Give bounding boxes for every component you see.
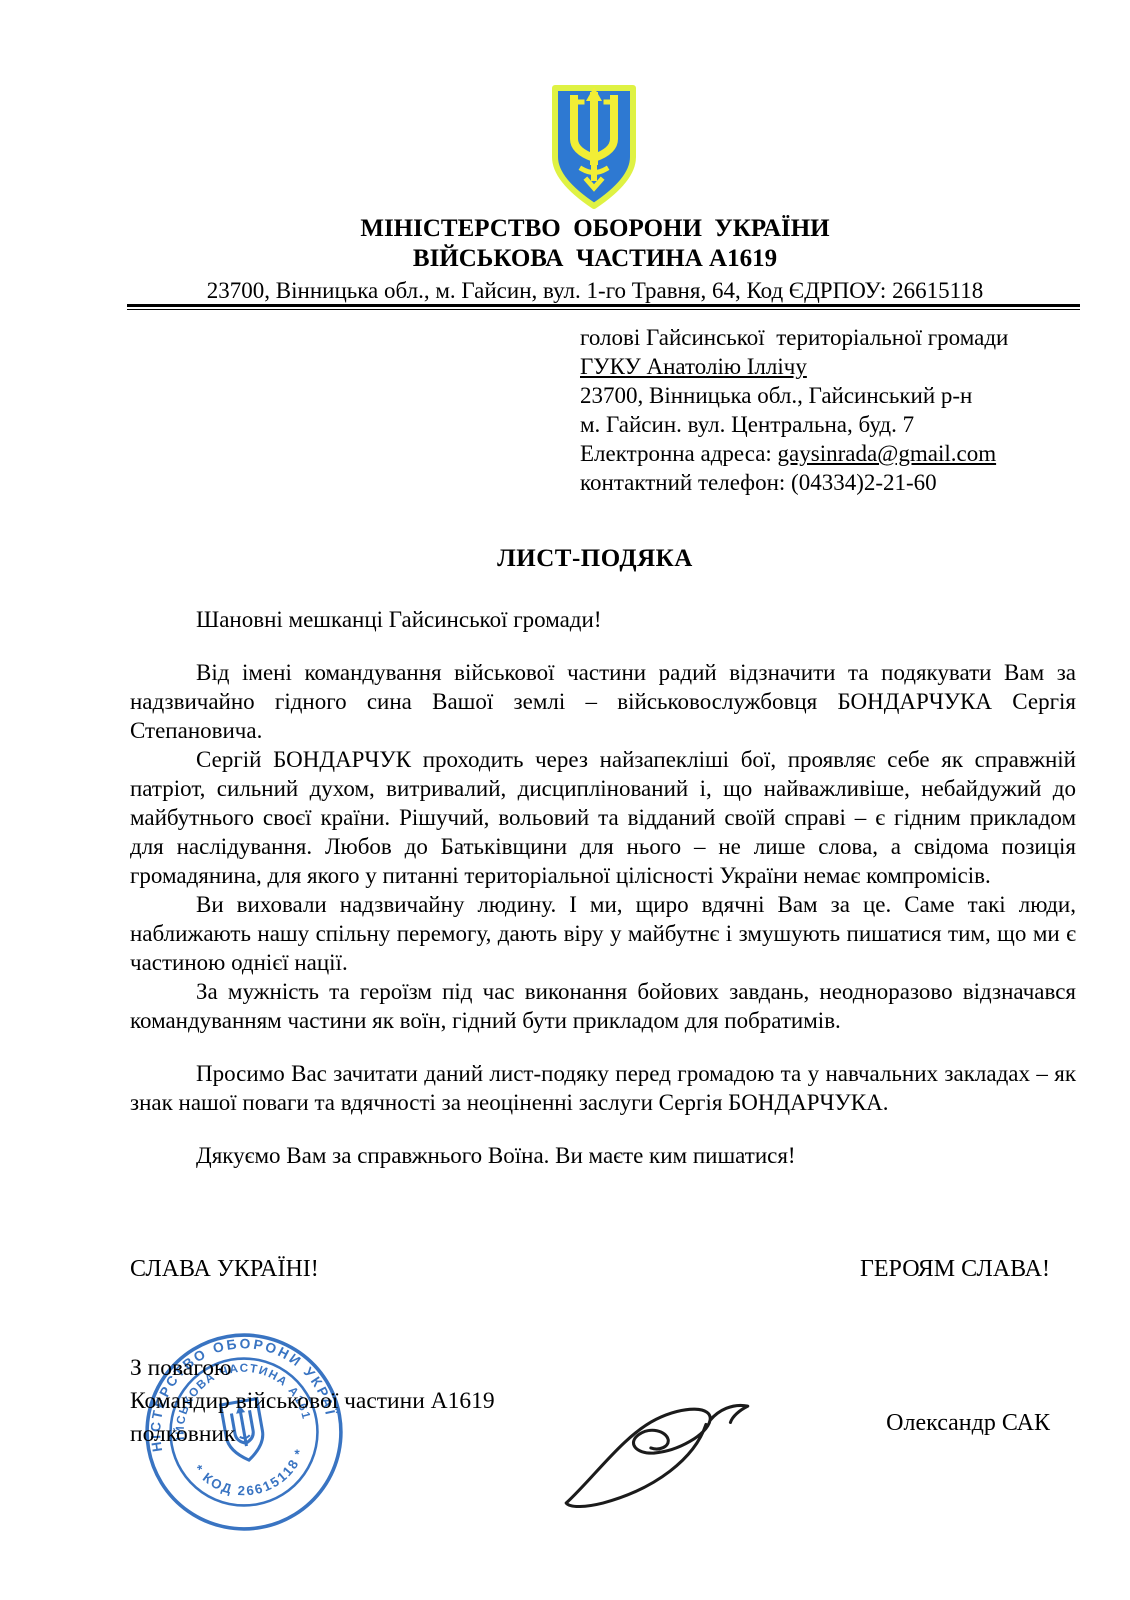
body-paragraph: За мужність та героїзм під час виконання… bbox=[130, 977, 1076, 1035]
body-paragraph: Дякуємо Вам за справжнього Воїна. Ви має… bbox=[130, 1141, 1076, 1170]
military-unit-name: ВІЙСЬКОВА ЧАСТИНА А1619 bbox=[100, 244, 1090, 274]
recipient-phone: контактний телефон: (04334)2-21-60 bbox=[580, 468, 1058, 497]
body-paragraph: Ви виховали надзвичайну людину. І ми, щи… bbox=[130, 890, 1076, 977]
svg-text:* КОД 26615118 *: * КОД 26615118 * bbox=[189, 1444, 314, 1508]
email-label: Електронна адреса: bbox=[580, 441, 778, 466]
letterhead: МІНІСТЕРСТВО ОБОРОНИ УКРАЇНИ ВІЙСЬКОВА Ч… bbox=[100, 214, 1090, 304]
letter-body: Шановні мешканці Гайсинської громади! Ві… bbox=[130, 605, 1076, 1170]
slogan-row: СЛАВА УКРАЇНІ! ГЕРОЯМ СЛАВА! bbox=[130, 1256, 1050, 1283]
recipient-email-line: Електронна адреса: gaysinrada@gmail.com bbox=[580, 439, 1058, 468]
recipient-line: м. Гайсин. вул. Центральна, буд. 7 bbox=[580, 410, 1058, 439]
slogan-left: СЛАВА УКРАЇНІ! bbox=[130, 1256, 319, 1283]
letterhead-divider bbox=[127, 304, 1080, 310]
gratitude-letter-document: МІНІСТЕРСТВО ОБОРОНИ УКРАЇНИ ВІЙСЬКОВА Ч… bbox=[0, 0, 1130, 1600]
recipient-name: ГУКУ Анатолію Іллічу bbox=[580, 352, 1058, 381]
recipient-line: 23700, Вінницька обл., Гайсинський р-н bbox=[580, 381, 1058, 410]
recipient-block: голові Гайсинської територіальної громад… bbox=[580, 323, 1058, 497]
signer-name: Олександр САК bbox=[858, 1410, 1050, 1437]
unit-address: 23700, Вінницька обл., м. Гайсин, вул. 1… bbox=[100, 277, 1090, 304]
handwritten-signature-icon bbox=[556, 1378, 760, 1522]
body-paragraph: Від імені командування військової частин… bbox=[130, 658, 1076, 745]
body-paragraph: Сергій БОНДАРЧУК проходить через найзапе… bbox=[130, 745, 1076, 890]
greeting-line: Шановні мешканці Гайсинської громади! bbox=[130, 605, 1076, 634]
ukraine-trident-emblem-icon bbox=[549, 83, 639, 211]
body-paragraph: Просимо Вас зачитати даний лист-подяку п… bbox=[130, 1059, 1076, 1117]
email-link[interactable]: gaysinrada@gmail.com bbox=[778, 441, 997, 466]
stamp-code-text: * КОД 26615118 * bbox=[189, 1444, 314, 1508]
recipient-line: голові Гайсинської територіальної громад… bbox=[580, 323, 1058, 352]
slogan-right: ГЕРОЯМ СЛАВА! bbox=[860, 1256, 1050, 1283]
official-round-stamp-icon: МІНІСТЕРСТВО ОБОРОНИ УКРАЇНИ ВІЙСЬКОВА Ч… bbox=[126, 1314, 362, 1550]
document-title: ЛИСТ-ПОДЯКА bbox=[130, 545, 1060, 573]
ministry-name: МІНІСТЕРСТВО ОБОРОНИ УКРАЇНИ bbox=[100, 214, 1090, 244]
